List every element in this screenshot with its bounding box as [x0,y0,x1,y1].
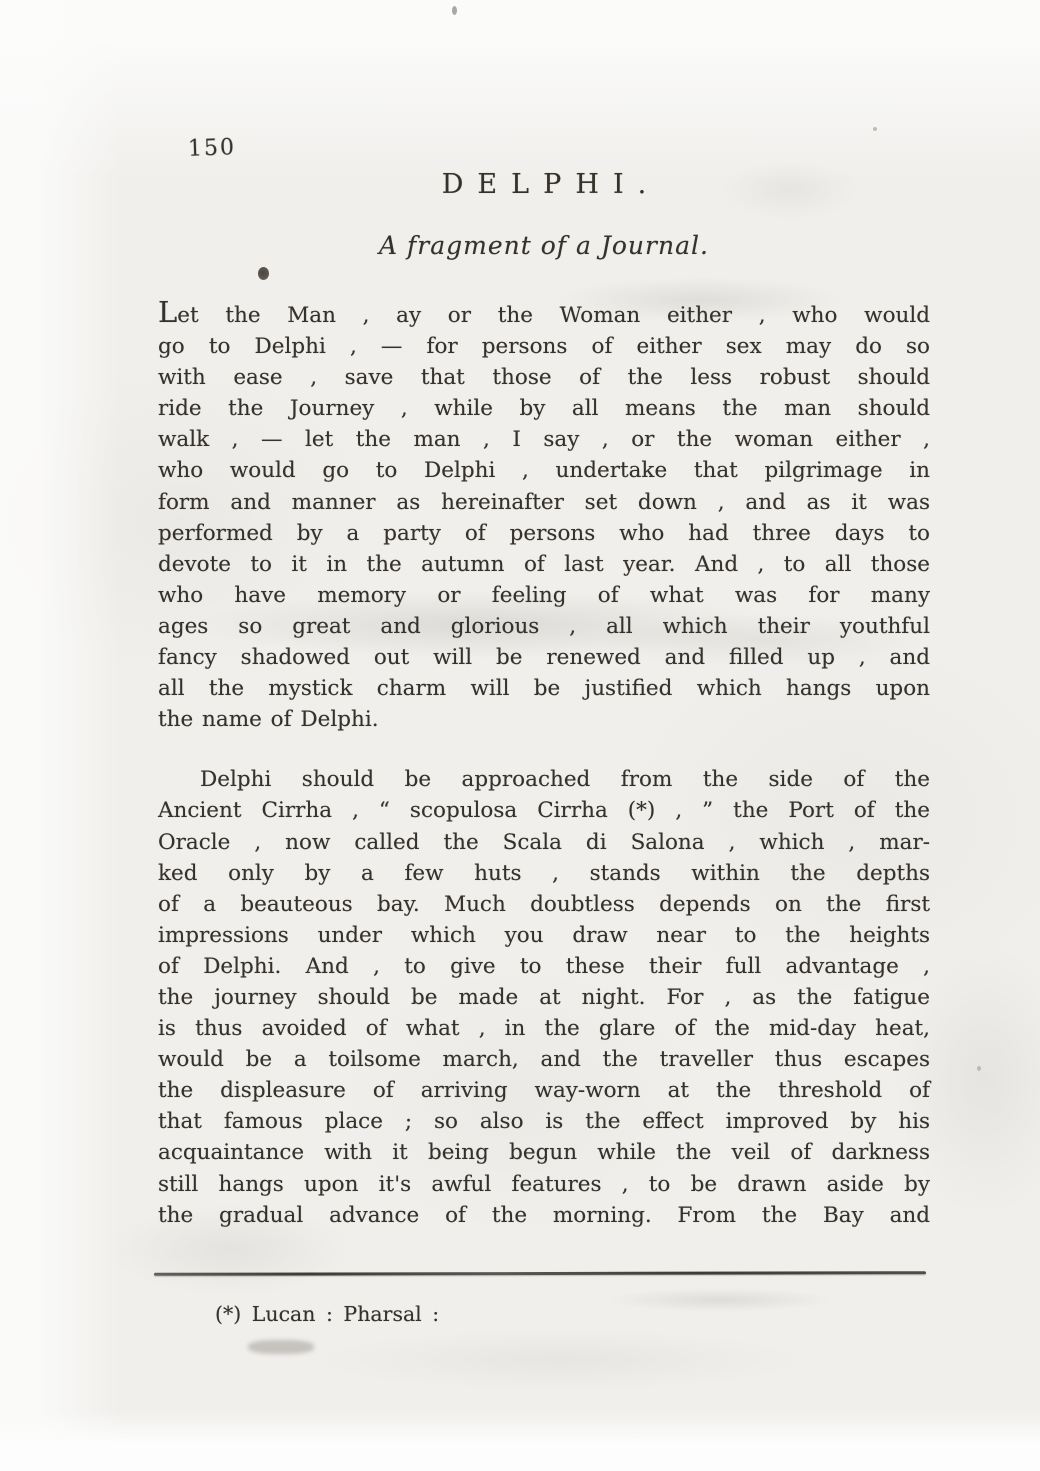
ink-speck [452,6,457,15]
text-line: the gradual advance of the morning. From… [158,1200,930,1231]
footnote: (*) Lucan : Pharsal : [158,1302,930,1326]
text-line: go to Delphi , — for persons of either s… [158,331,930,362]
text-line: devote to it in the autumn of last year.… [158,549,930,580]
paragraph-2: Delphi should be approached from the sid… [158,764,930,1230]
text-line: still hangs upon it's awful features , t… [158,1169,930,1200]
text-line: is thus avoided of what , in the glare o… [158,1013,930,1044]
text-line: performed by a party of persons who had … [158,518,930,549]
text-line: with ease , save that those of the less … [158,362,930,393]
text-line: ride the Journey , while by all means th… [158,393,930,424]
paragraph-1: Let the Man , ay or the Woman either , w… [158,300,930,735]
text-line: ages so great and glorious , all which t… [158,611,930,642]
text-line: who have memory or feeling of what was f… [158,580,930,611]
ink-smudge [248,1340,314,1354]
text-line: walk , — let the man , I say , or the wo… [158,424,930,455]
text-line: who would go to Delphi , undertake that … [158,455,930,486]
text-line: would be a toilsome march, and the trave… [158,1044,930,1075]
text-line: Delphi should be approached from the sid… [158,764,930,795]
text-line: fancy shadowed out will be renewed and f… [158,642,930,673]
text-line: form and manner as hereinafter set down … [158,487,930,518]
text-line: ked only by a few huts , stands within t… [158,858,930,889]
text-line: of Delphi. And , to give to these their … [158,951,930,982]
text-line: acquaintance with it being begun while t… [158,1137,930,1168]
ink-speck [873,127,877,131]
text-line: that famous place ; so also is the effec… [158,1106,930,1137]
footnote-rule [154,1271,926,1276]
text-line: the journey should be made at night. For… [158,982,930,1013]
text-line: impressions under which you draw near to… [158,920,930,951]
page-title: DELPHI. [158,170,930,200]
text-line: Oracle , now called the Scala di Salona … [158,827,930,858]
text-line: the name of Delphi. [158,704,930,735]
text-line: Ancient Cirrha , “ scopulosa Cirrha (*) … [158,795,930,826]
text-line: Let the Man , ay or the Woman either , w… [158,300,930,331]
text-column: DELPHI. A fragment of a Journal. Let the… [158,170,930,1326]
ink-speck [977,1066,981,1071]
page-number: 150 [188,135,237,162]
page-subtitle: A fragment of a Journal. [158,231,930,261]
text-line: the displeasure of arriving way-worn at … [158,1075,930,1106]
text-line: of a beauteous bay. Much doubtless depen… [158,889,930,920]
text-line: all the mystick charm will be justified … [158,673,930,704]
scanned-book-page: { "page": { "number": "150", "title": "D… [0,0,1040,1471]
